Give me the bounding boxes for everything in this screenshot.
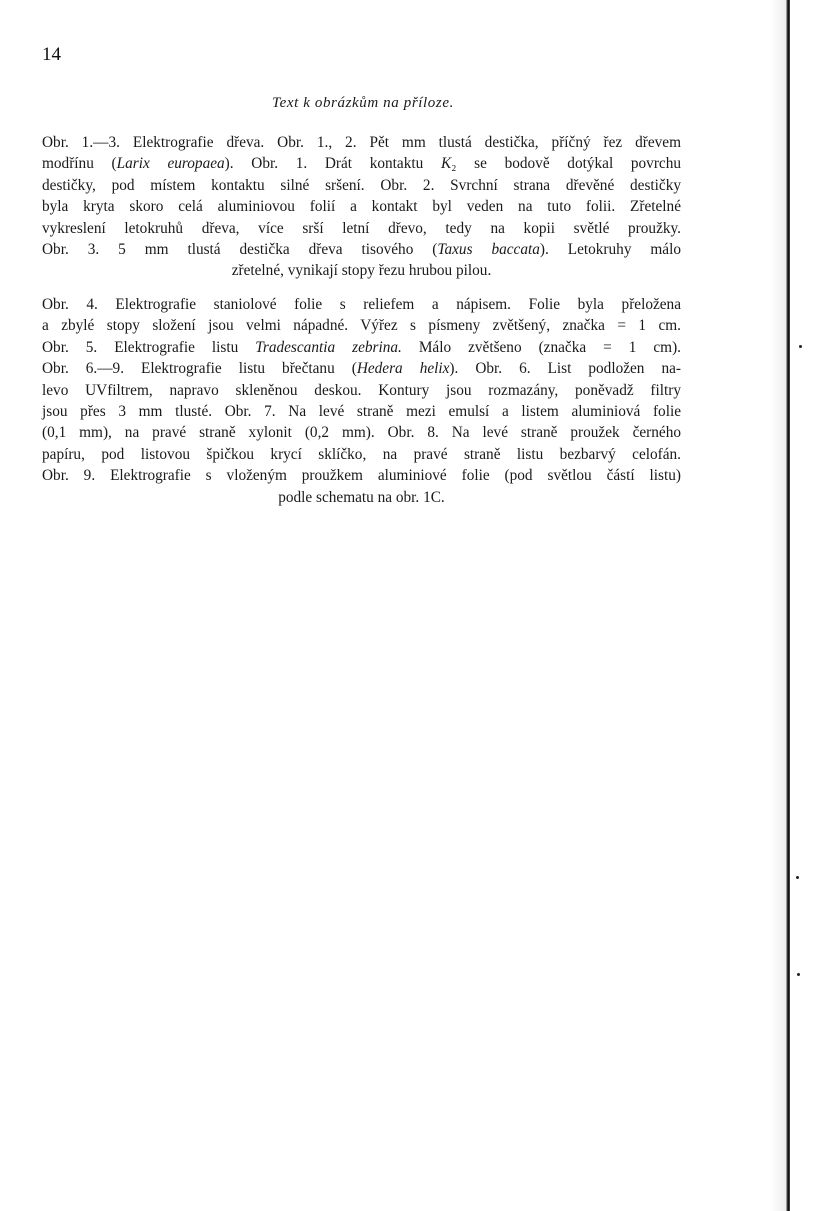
text-line: Obr. 1.—3. Elektrografie dřeva. Obr. 1.,… (42, 132, 681, 153)
text-line: byla kryta skoro celá aluminiovou folií … (42, 196, 681, 217)
text-line: Obr. 3. 5 mm tlustá destička dřeva tisov… (42, 239, 681, 260)
binding-edge-line (786, 0, 790, 1211)
text-line: modřínu (Larix europaea). Obr. 1. Drát k… (42, 153, 681, 174)
text-line: vykreslení letokruhů dřeva, více srší le… (42, 218, 681, 239)
text-line: papíru, pod listovou špičkou krycí sklíč… (42, 444, 681, 465)
italic-term: K (441, 155, 451, 172)
text-line: levo UVfiltrem, napravo skleněnou deskou… (42, 380, 681, 401)
text-line: destičky, pod místem kontaktu silné srše… (42, 175, 681, 196)
text-line: podle schematu na obr. 1C. (42, 487, 681, 508)
paragraph-figures-1-3: Obr. 1.—3. Elektrografie dřeva. Obr. 1.,… (42, 132, 681, 282)
text-line: (0,1 mm), na pravé straně xylonit (0,2 m… (42, 422, 681, 443)
speck (799, 345, 802, 348)
italic-term: Larix europaea (117, 155, 225, 172)
page-edge-shadow (770, 0, 786, 1211)
italic-term: Hedera helix (357, 360, 450, 377)
text-line: Obr. 6.—9. Elektrografie listu břečtanu … (42, 358, 681, 379)
italic-term: Taxus baccata (437, 241, 540, 258)
paragraph-figures-4-9: Obr. 4. Elektrografie staniolové folie s… (42, 294, 681, 508)
page-title: Text k obrázkům na příloze. (0, 95, 726, 112)
page-number: 14 (42, 44, 61, 66)
text-line: a zbylé stopy složení jsou velmi nápadné… (42, 315, 681, 336)
text-line: Obr. 9. Elektrografie s vloženým proužke… (42, 465, 681, 486)
text-line: Obr. 4. Elektrografie staniolové folie s… (42, 294, 681, 315)
text-line: Obr. 5. Elektrografie listu Tradescantia… (42, 337, 681, 358)
text-line: zřetelné, vynikají stopy řezu hrubou pil… (42, 260, 681, 281)
text-line: jsou přes 3 mm tlusté. Obr. 7. Na levé s… (42, 401, 681, 422)
speck (796, 876, 799, 879)
italic-term: Tradescantia zebrina. (255, 339, 402, 356)
speck (797, 973, 800, 976)
